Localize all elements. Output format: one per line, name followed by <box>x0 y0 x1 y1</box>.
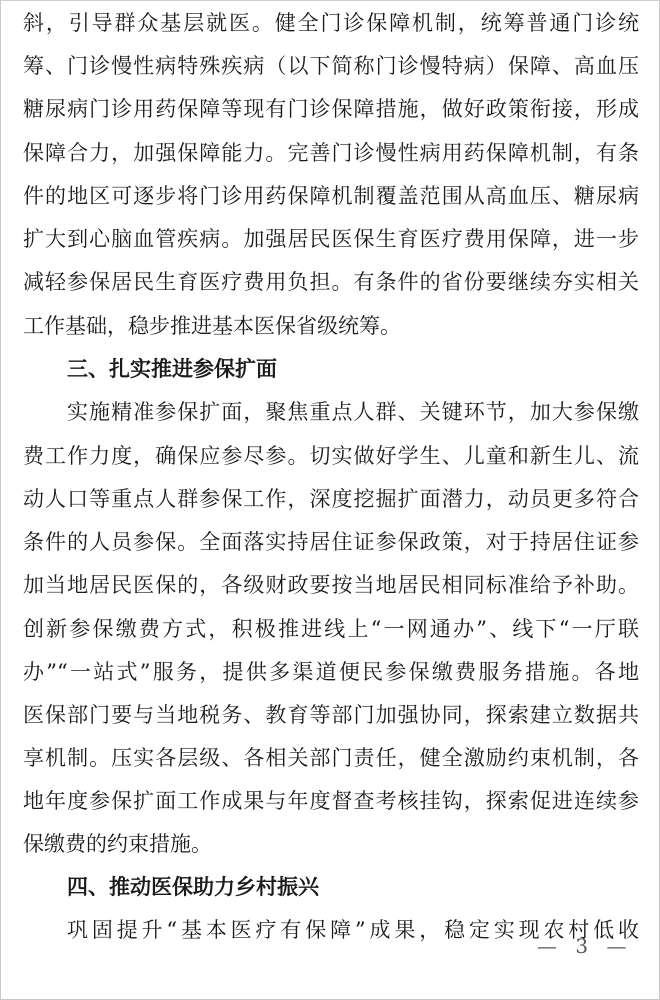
paragraph-line: 医保部门要与当地税务、教育等部门加强协同，探索建立数据共 <box>23 700 639 730</box>
paragraph-line: 工作基础，稳步推进基本医保省级统筹。 <box>23 311 401 341</box>
paragraph-line: 保缴费的约束措施。 <box>23 829 212 859</box>
paragraph-line: 地年度参保扩面工作成果与年度督查考核挂钩，探索促进连续参 <box>23 786 639 816</box>
paragraph-line: 费工作力度，确保应参尽参。切实做好学生、儿童和新生儿、流 <box>23 441 639 471</box>
paragraph-line: 实施精准参保扩面，聚焦重点人群、关键环节，加大参保缴 <box>67 397 639 427</box>
paragraph-line: 动人口等重点人群参保工作，深度挖掘扩面潜力，动员更多符合 <box>23 484 639 514</box>
paragraph-line: 扩大到心脑血管疾病。加强居民医保生育医疗费用保障，进一步 <box>23 224 639 254</box>
paragraph-line: 糖尿病门诊用药保障等现有门诊保障措施，做好政策衔接，形成 <box>23 94 639 124</box>
paragraph-line: 保障合力，加强保障能力。完善门诊慢性病用药保障机制，有条 <box>23 138 639 168</box>
page-number: — 3 — <box>537 931 632 961</box>
paragraph-line: 条件的人员参保。全面落实持居住证参保政策，对于持居住证参 <box>23 527 639 557</box>
paragraph-line: 件的地区可逐步将门诊用药保障机制覆盖范围从高血压、糖尿病 <box>23 181 639 211</box>
section-heading-4: 四、推动医保助力乡村振兴 <box>67 872 319 902</box>
paragraph-line: 加当地居民医保的，各级财政要按当地居民相同标准给予补助。 <box>23 570 639 600</box>
paragraph-line: 享机制。压实各层级、各相关部门责任，健全激励约束机制，各 <box>23 743 639 773</box>
section-heading-3: 三、扎实推进参保扩面 <box>67 354 277 384</box>
document-page: 斜，引导群众基层就医。健全门诊保障机制，统筹普通门诊统 筹、门诊慢性病特殊疾病（… <box>0 0 660 1000</box>
paragraph-line: 筹、门诊慢性病特殊疾病（以下简称门诊慢特病）保障、高血压 <box>23 51 639 81</box>
paragraph-line: 减轻参保居民生育医疗费用负担。有条件的省份要继续夯实相关 <box>23 267 639 297</box>
paragraph-line: 创新参保缴费方式，积极推进线上“一网通办”、线下“一厅联 <box>23 614 639 644</box>
paragraph-line: 斜，引导群众基层就医。健全门诊保障机制，统筹普通门诊统 <box>23 8 639 38</box>
paragraph-line: 办”“一站式”服务，提供多渠道便民参保缴费服务措施。各地 <box>23 657 639 687</box>
